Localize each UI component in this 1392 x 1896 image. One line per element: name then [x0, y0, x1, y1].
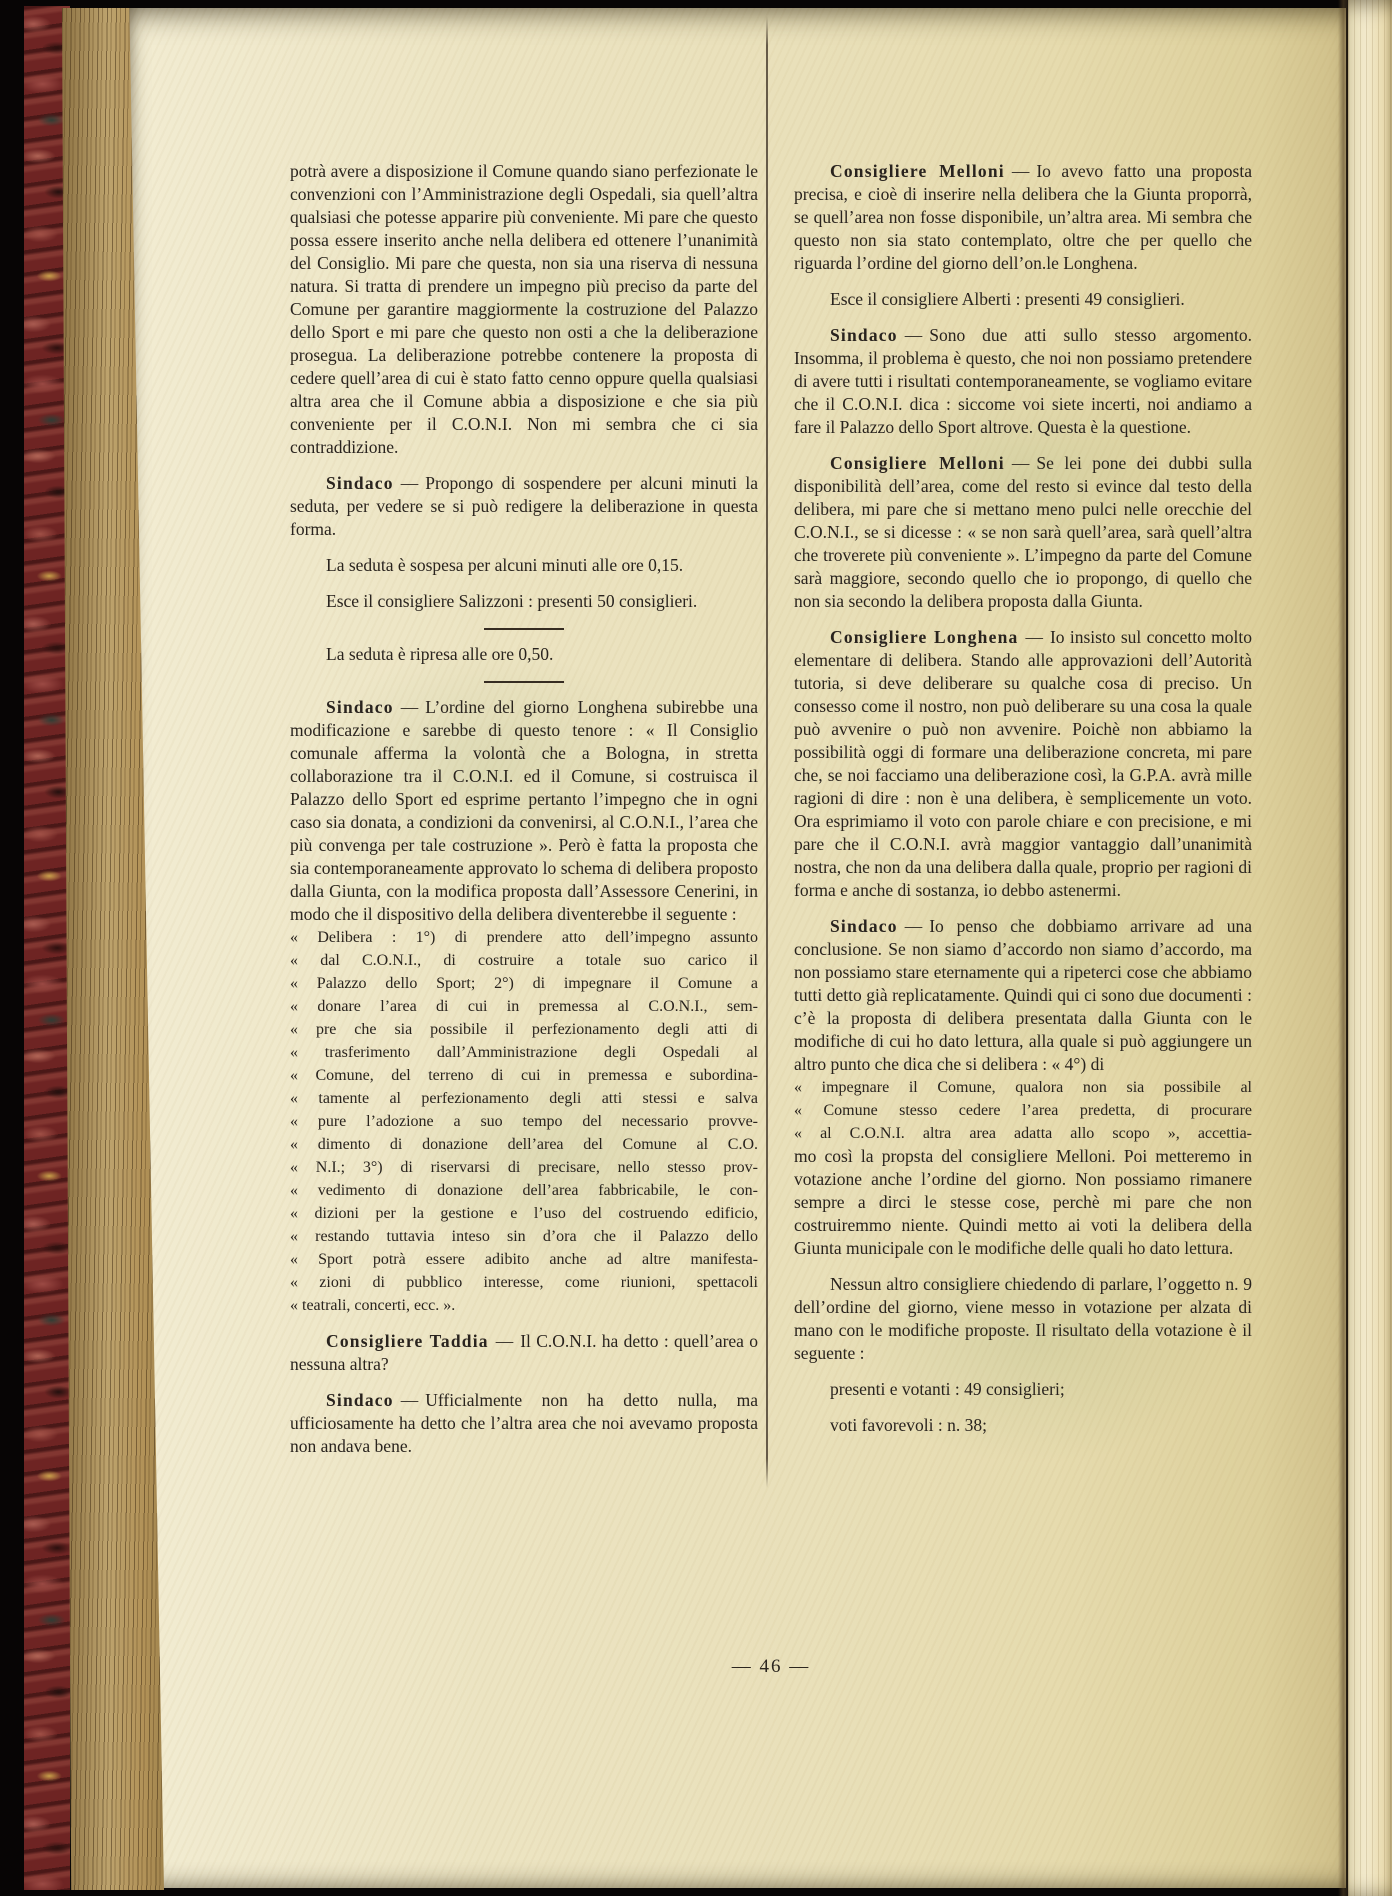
delibera-line: « restando tuttavia inteso sin d’ora che… — [290, 1225, 758, 1248]
votazione-favorevoli: voti favorevoli : n. 38; — [794, 1414, 1252, 1437]
note-esce-salizzoni: Esce il consigliere Salizzoni : presenti… — [290, 590, 758, 613]
delibera-line: « dizioni per la gestione e l’uso del co… — [290, 1202, 758, 1225]
delibera-line: « dimento di donazione dell’area del Com… — [290, 1133, 758, 1156]
speech-sindaco-conclusione: Sindaco—Io penso che dobbiamo arrivare a… — [794, 915, 1252, 1076]
speech-text: Io insisto sul concetto molto elementare… — [794, 627, 1252, 900]
speech-sindaco-due-atti: Sindaco—Sono due atti sullo stesso argom… — [794, 324, 1252, 439]
speaker-name: Consigliere Longhena — [830, 627, 1018, 647]
note-text: Esce il consigliere Alberti : presenti 4… — [830, 289, 1185, 309]
note-text: Esce il consigliere Salizzoni : presenti… — [326, 591, 697, 611]
note-votazione: Nessun altro consigliere chiedendo di pa… — [794, 1273, 1252, 1365]
delibera-line: « impegnare il Comune, qualora non sia p… — [794, 1076, 1252, 1099]
book-page: potrà avere a disposizione il Comune qua… — [128, 8, 1346, 1888]
speaker-dash: — — [898, 325, 930, 345]
note-seduta-sospesa: La seduta è sospesa per alcuni minuti al… — [290, 554, 758, 577]
note-esce-alberti: Esce il consigliere Alberti : presenti 4… — [794, 288, 1252, 311]
speech-text: L’ordine del giorno Longhena subirebbe u… — [290, 697, 758, 924]
speaker-dash: — — [394, 473, 426, 493]
speech-text: Se lei pone dei dubbi sulla disponibilit… — [794, 453, 1252, 611]
speaker-name: Consigliere Melloni — [830, 453, 1005, 473]
facing-page-edge — [1348, 0, 1392, 1896]
delibera-line: « Sport potrà essere adibito anche ad al… — [290, 1248, 758, 1271]
delibera-line: « dal C.O.N.I., di costruire a totale su… — [290, 949, 758, 972]
delibera-line: « zioni di pubblico interesse, come riun… — [290, 1271, 758, 1294]
delibera-line: « pure l’adozione a suo tempo del necess… — [290, 1110, 758, 1133]
speaker-dash: — — [1005, 161, 1037, 181]
section-rule — [484, 681, 564, 683]
speech-text: Io penso che dobbiamo arrivare ad una co… — [794, 916, 1252, 1074]
delibera-line: « Comune stesso cedere l’area predetta, … — [794, 1099, 1252, 1122]
right-column: Consigliere Melloni—Io avevo fatto una p… — [794, 160, 1252, 1458]
delibera-line: « vedimento di donazione dell’area fabbr… — [290, 1179, 758, 1202]
speaker-dash: — — [489, 1331, 521, 1351]
note-text: La seduta è sospesa per alcuni minuti al… — [326, 555, 683, 575]
delibera-line: « al C.O.N.I. altra area adatta allo sco… — [794, 1122, 1252, 1145]
delibera-quote-block: « Delibera : 1°) di prendere atto dell’i… — [290, 926, 758, 1317]
speech-melloni-proposta: Consigliere Melloni—Io avevo fatto una p… — [794, 160, 1252, 275]
text-columns: potrà avere a disposizione il Comune qua… — [290, 160, 1252, 1458]
speech-sindaco-ufficialmente: Sindaco—Ufficialmente non ha detto nulla… — [290, 1389, 758, 1458]
column-gap — [758, 160, 794, 1458]
speech-melloni-dubbi: Consigliere Melloni—Se lei pone dei dubb… — [794, 452, 1252, 613]
delibera-line: « donare l’area di cui in premessa al C.… — [290, 995, 758, 1018]
speech-text-continuation: mo così la propsta del consigliere Mello… — [794, 1145, 1252, 1260]
paragraph-text: potrà avere a disposizione il Comune qua… — [290, 161, 758, 457]
speech-longhena: Consigliere Longhena—Io insisto sul conc… — [794, 626, 1252, 902]
speaker-name: Consigliere Melloni — [830, 161, 1005, 181]
section-rule — [484, 628, 564, 630]
speaker-dash: — — [898, 916, 930, 936]
delibera-line: « tamente al perfezionamento degli atti … — [290, 1087, 758, 1110]
note-text: Nessun altro consigliere chiedendo di pa… — [794, 1274, 1252, 1363]
paragraph-continuation: potrà avere a disposizione il Comune qua… — [290, 160, 758, 459]
speaker-name: Sindaco — [326, 473, 394, 493]
delibera-line: « Palazzo dello Sport; 2°) di impegnare … — [290, 972, 758, 995]
speaker-name: Sindaco — [326, 1390, 394, 1410]
book-scan: { "page": { "number_display": "— 46 —" }… — [0, 0, 1392, 1896]
delibera-line: « teatrali, concerti, ecc. ». — [290, 1294, 758, 1317]
speaker-dash: — — [1005, 453, 1037, 473]
speech-taddia: Consigliere Taddia—Il C.O.N.I. ha detto … — [290, 1330, 758, 1376]
speaker-dash: — — [394, 1390, 426, 1410]
speech-sindaco-ordine: Sindaco—L’ordine del giorno Longhena sub… — [290, 696, 758, 926]
marbled-cover-edge — [24, 6, 70, 1890]
note-text: voti favorevoli : n. 38; — [830, 1415, 987, 1435]
left-column: potrà avere a disposizione il Comune qua… — [290, 160, 758, 1458]
note-text: presenti e votanti : 49 consiglieri; — [830, 1379, 1065, 1399]
speech-sindaco-sospendere: Sindaco—Propongo di sospendere per alcun… — [290, 472, 758, 541]
votazione-presenti: presenti e votanti : 49 consiglieri; — [794, 1378, 1252, 1401]
speaker-dash: — — [1018, 627, 1050, 647]
speaker-name: Sindaco — [830, 325, 898, 345]
speaker-name: Sindaco — [830, 916, 898, 936]
note-seduta-ripresa: La seduta è ripresa alle ore 0,50. — [290, 643, 758, 666]
gutter-crease — [1338, 0, 1350, 1896]
delibera-line: « Delibera : 1°) di prendere atto dell’i… — [290, 926, 758, 949]
delibera-line: « Comune, del terreno di cui in premessa… — [290, 1064, 758, 1087]
speaker-dash: — — [394, 697, 426, 717]
delibera-line: « N.I.; 3°) di riservarsi di precisare, … — [290, 1156, 758, 1179]
speaker-name: Sindaco — [326, 697, 394, 717]
note-text: La seduta è ripresa alle ore 0,50. — [326, 644, 553, 664]
delibera-quote-block-right: « impegnare il Comune, qualora non sia p… — [794, 1076, 1252, 1145]
delibera-line: « pre che sia possibile il perfezionamen… — [290, 1018, 758, 1041]
speaker-name: Consigliere Taddia — [326, 1331, 489, 1351]
delibera-line: « trasferimento dall’Amministrazione deg… — [290, 1041, 758, 1064]
speech-text: mo così la propsta del consigliere Mello… — [794, 1146, 1252, 1258]
page-number: — 46 — — [290, 1656, 1252, 1678]
